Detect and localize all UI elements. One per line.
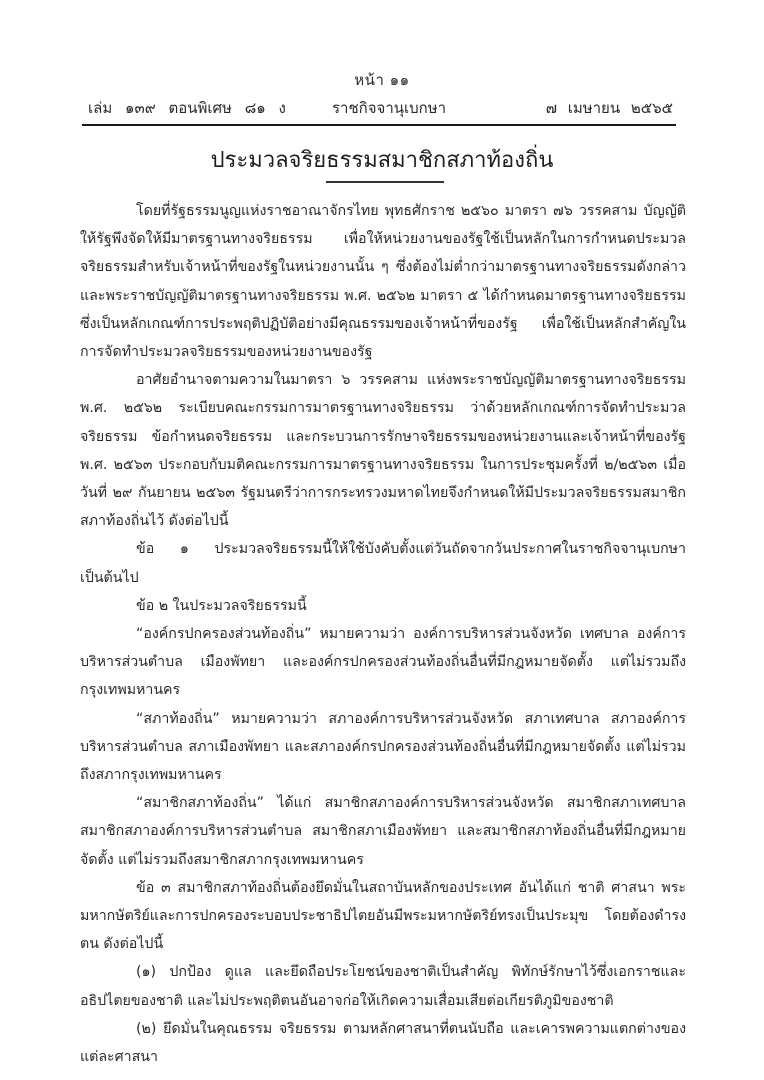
gazette-page: หน้า ๑๑ เล่ม ๑๓๙ ตอนพิเศษ ๘๑ ง ราชกิจจาน… <box>0 0 764 1080</box>
preamble-paragraph: โดยที่รัฐธรรมนูญแห่งราชอาณาจักรไทย พุทธศ… <box>80 197 686 366</box>
document-title: ประมวลจริยธรรมสมาชิกสภาท้องถิ่น <box>0 142 764 177</box>
clause-3-item-2: (๒) ยึดมั่นในคุณธรรม จริยธรรม ตามหลักศาส… <box>80 1015 686 1071</box>
publication-date: ๗ เมษายน ๒๕๖๕ <box>546 96 673 120</box>
volume-issue: เล่ม ๑๓๙ ตอนพิเศษ ๘๑ ง <box>88 96 286 120</box>
publication-name: ราชกิจจานุเบกษา <box>332 96 446 120</box>
document-body: โดยที่รัฐธรรมนูญแห่งราชอาณาจักรไทย พุทธศ… <box>80 197 686 1071</box>
definition-council-member: “สมาชิกสภาท้องถิ่น” ได้แก่ สมาชิกสภาองค์… <box>80 789 686 874</box>
clause-3: ข้อ ๓ สมาชิกสภาท้องถิ่นต้องยึดมั่นในสถาบ… <box>80 874 686 959</box>
definition-local-council: “สภาท้องถิ่น” หมายความว่า สภาองค์การบริห… <box>80 705 686 790</box>
gazette-header: เล่ม ๑๓๙ ตอนพิเศษ ๘๑ ง ราชกิจจานุเบกษา ๗… <box>88 96 673 118</box>
page-number: หน้า ๑๑ <box>0 68 764 92</box>
authority-paragraph: อาศัยอำนาจตามความในมาตรา ๖ วรรคสาม แห่งพ… <box>80 366 686 535</box>
title-underline <box>326 181 444 183</box>
clause-2: ข้อ ๒ ในประมวลจริยธรรมนี้ <box>80 592 686 620</box>
clause-3-item-1: (๑) ปกป้อง ดูแล และยึดถือประโยชน์ของชาติ… <box>80 958 686 1014</box>
clause-1: ข้อ ๑ ประมวลจริยธรรมนี้ให้ใช้บังคับตั้งแ… <box>80 535 686 591</box>
definition-local-government: “องค์กรปกครองส่วนท้องถิ่น” หมายความว่า อ… <box>80 620 686 705</box>
header-divider <box>82 124 676 126</box>
